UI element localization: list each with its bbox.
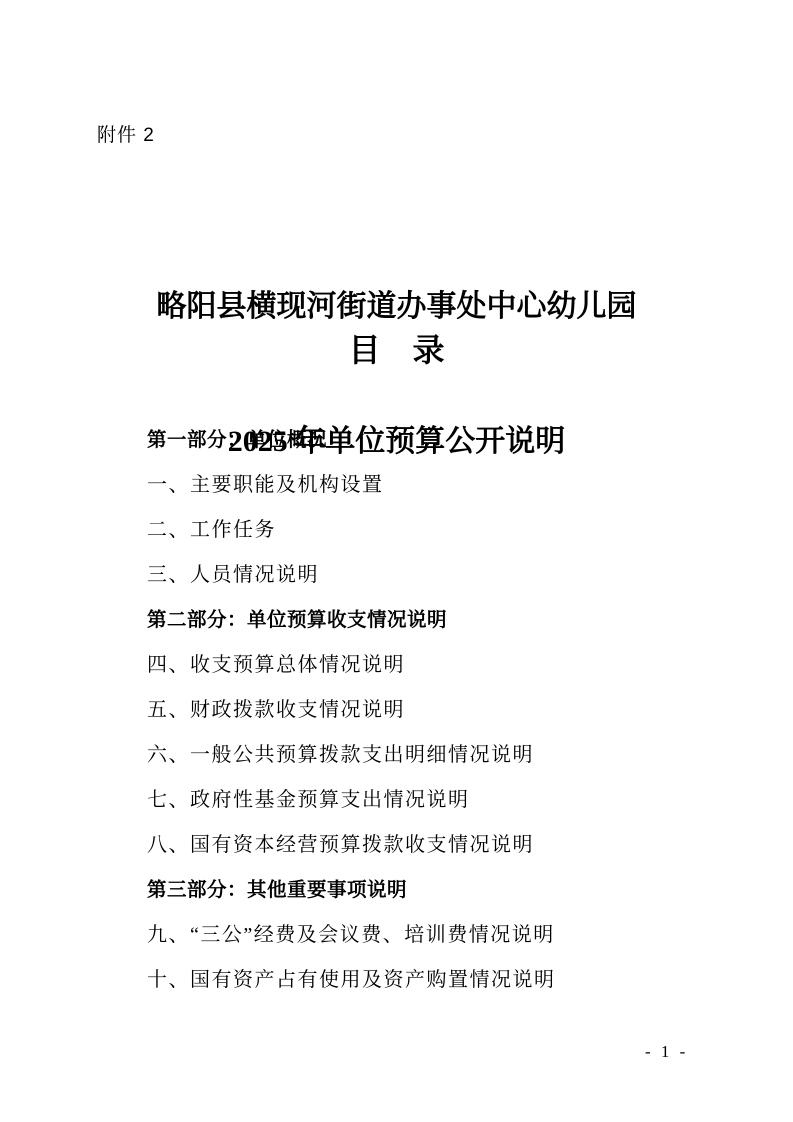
toc-entry-item: 三、人员情况说明 <box>147 553 747 598</box>
toc-entry-item: 八、国有资本经营预算拨款收支情况说明 <box>147 823 747 868</box>
document-title-line1: 略阳县横现河街道办事处中心幼儿园 <box>0 284 793 329</box>
toc-entry-section: 第三部分：其他重要事项说明 <box>147 868 747 913</box>
toc-entry-item: 四、收支预算总体情况说明 <box>147 643 747 688</box>
toc-entry-item: 五、财政拨款收支情况说明 <box>147 688 747 733</box>
document-page: 附件 2 略阳县横现河街道办事处中心幼儿园 2025 年单位预算公开说明 目 录… <box>0 0 793 1122</box>
toc-entry-item: 十、国有资产占有使用及资产购置情况说明 <box>147 958 747 1003</box>
toc-entry-item: 二、工作任务 <box>147 508 747 553</box>
toc-entry-item: 七、政府性基金预算支出情况说明 <box>147 778 747 823</box>
toc-entry-item: 一、主要职能及机构设置 <box>147 463 747 508</box>
toc-entry-section: 第一部分：单位概况 <box>147 418 747 463</box>
toc-heading: 目 录 <box>0 330 793 370</box>
attachment-label: 附件 2 <box>97 120 155 147</box>
toc-entry-section: 第二部分：单位预算收支情况说明 <box>147 598 747 643</box>
toc-entry-item: 六、一般公共预算拨款支出明细情况说明 <box>147 733 747 778</box>
toc-list: 第一部分：单位概况一、主要职能及机构设置二、工作任务三、人员情况说明第二部分：单… <box>147 418 747 1003</box>
toc-entry-item: 九、“三公”经费及会议费、培训费情况说明 <box>147 913 747 958</box>
page-number: - 1 - <box>645 1042 688 1062</box>
